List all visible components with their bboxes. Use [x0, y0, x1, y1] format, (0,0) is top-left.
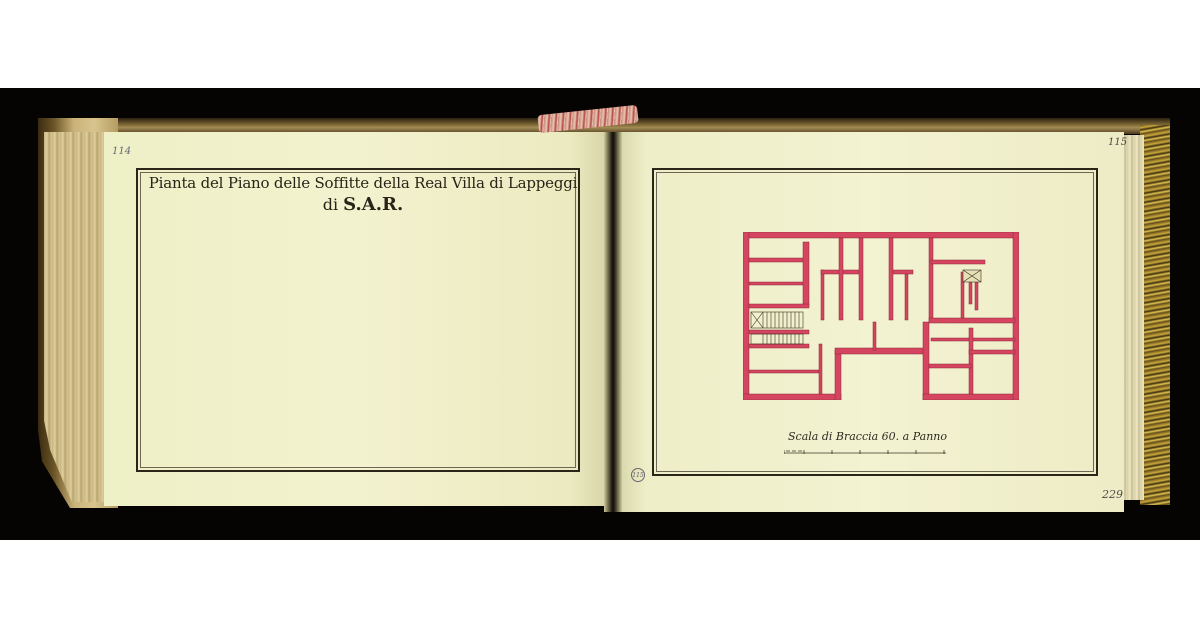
subtitle-prefix: di: [323, 195, 338, 214]
scale-label: Scala di Braccia 60. a Panno: [788, 430, 947, 443]
gilt-cover-right: [1140, 125, 1170, 505]
subtitle-emphasis: S.A.R.: [343, 194, 403, 215]
scale-bar: [784, 449, 946, 455]
library-stamp: 115: [631, 468, 645, 482]
page-edges-left: [44, 132, 106, 502]
page-subtitle: di S.A.R.: [146, 194, 580, 215]
folio-number-left: 114: [112, 146, 131, 157]
page-title: Pianta del Piano delle Soffitte della Re…: [146, 174, 580, 192]
floor-plan-drawing: [743, 232, 1019, 400]
folio-number-right-top: 115: [1108, 137, 1127, 148]
book-gutter: [604, 132, 622, 512]
folio-number-right-bottom: 229: [1102, 488, 1123, 501]
